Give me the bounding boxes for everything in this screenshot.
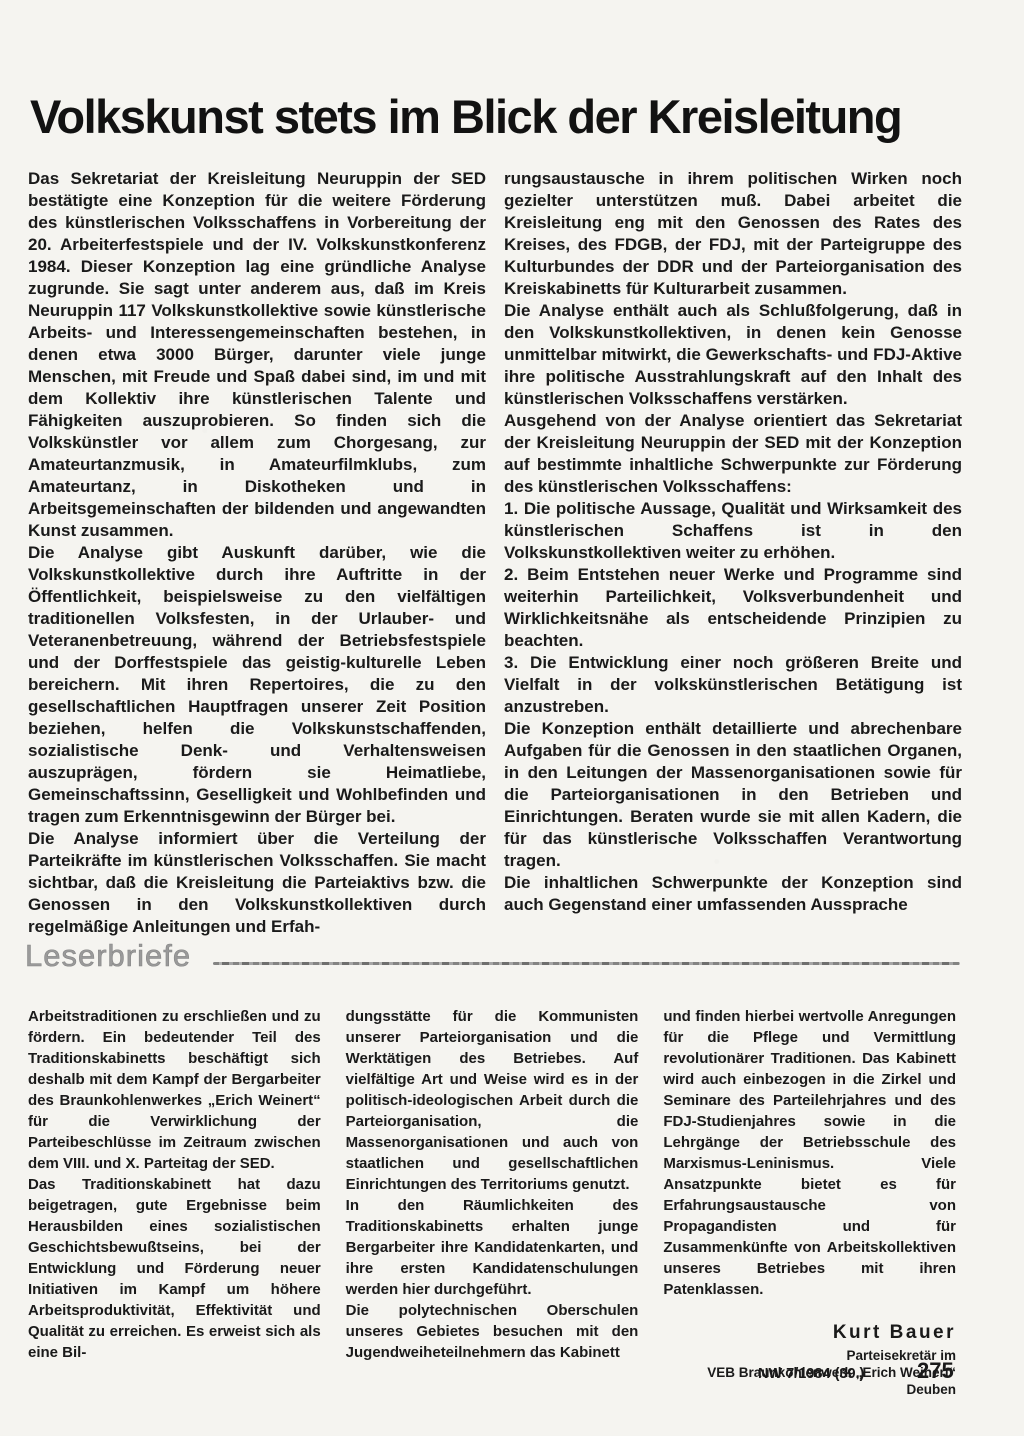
page-title: Volkskunst stets im Blick der Kreisleitu… bbox=[30, 89, 901, 144]
paragraph: Die Konzeption enthält detaillierte und … bbox=[504, 718, 962, 872]
numbered-item-marker: 1. bbox=[504, 499, 518, 518]
paragraph: dungsstätte für die Kommunisten unserer … bbox=[346, 1006, 639, 1195]
leserbriefe-decorative-rule bbox=[213, 962, 960, 965]
numbered-item: 1. Die politische Aussage, Qualität und … bbox=[504, 498, 962, 564]
main-article: Das Sekretariat der Kreisleitung Neurupp… bbox=[28, 168, 962, 938]
footer-issue: NW 7/1984 (39.) bbox=[758, 1366, 864, 1382]
paragraph: Arbeitstraditionen zu erschließen und zu… bbox=[28, 1006, 321, 1174]
article-column-left: Das Sekretariat der Kreisleitung Neurupp… bbox=[28, 168, 486, 938]
footer-page-number: 275 bbox=[917, 1358, 954, 1384]
paragraph: Die Analyse gibt Auskunft darüber, wie d… bbox=[28, 542, 486, 828]
paragraph: Ausgehend von der Analyse orientiert das… bbox=[504, 410, 962, 498]
signature-block: Kurt Bauer Parteisekretär im VEB Braunko… bbox=[663, 1322, 956, 1398]
numbered-item-text: Die politische Aussage, Qualität und Wir… bbox=[504, 499, 962, 562]
letter-column-3: und finden hierbei wertvolle Anregungen … bbox=[663, 1006, 956, 1398]
numbered-item-text: Beim Entstehen neuer Werke und Programme… bbox=[504, 565, 962, 650]
numbered-item: 3. Die Entwicklung einer noch größeren B… bbox=[504, 652, 962, 718]
signature-name: Kurt Bauer bbox=[663, 1322, 956, 1343]
leserbriefe-section: Arbeitstraditionen zu erschließen und zu… bbox=[28, 1006, 956, 1398]
leserbriefe-heading: Leserbriefe bbox=[25, 940, 191, 971]
numbered-item-text: Die Entwicklung einer noch größeren Brei… bbox=[504, 653, 962, 716]
paragraph: Die inhaltlichen Schwerpunkte der Konzep… bbox=[504, 872, 962, 916]
paragraph: Das Traditionskabinett hat dazu beigetra… bbox=[28, 1174, 321, 1363]
scanned-magazine-page: Volkskunst stets im Blick der Kreisleitu… bbox=[0, 0, 1024, 1436]
paragraph: rungsaustausche in ihrem politischen Wir… bbox=[504, 168, 962, 300]
paragraph: Die Analyse enthält auch als Schlußfolge… bbox=[504, 300, 962, 410]
article-column-right: rungsaustausche in ihrem politischen Wir… bbox=[504, 168, 962, 938]
leserbriefe-header: Leserbriefe bbox=[25, 940, 960, 971]
paragraph: In den Räumlichkeiten des Traditionskabi… bbox=[346, 1195, 639, 1300]
numbered-item-marker: 3. bbox=[504, 653, 518, 672]
paragraph: Die Analyse informiert über die Verteilu… bbox=[28, 828, 486, 938]
letter-column-1: Arbeitstraditionen zu erschließen und zu… bbox=[28, 1006, 321, 1398]
letter-column-2: dungsstätte für die Kommunisten unserer … bbox=[346, 1006, 639, 1398]
numbered-item-marker: 2. bbox=[504, 565, 518, 584]
paragraph: Das Sekretariat der Kreisleitung Neurupp… bbox=[28, 168, 486, 542]
paragraph: Die polytechnischen Oberschulen unseres … bbox=[346, 1300, 639, 1363]
signature-role: Parteisekretär im bbox=[663, 1347, 956, 1364]
numbered-item: 2. Beim Entstehen neuer Werke und Progra… bbox=[504, 564, 962, 652]
paragraph: und finden hierbei wertvolle Anregungen … bbox=[663, 1006, 956, 1300]
signature-place: Deuben bbox=[663, 1381, 956, 1398]
